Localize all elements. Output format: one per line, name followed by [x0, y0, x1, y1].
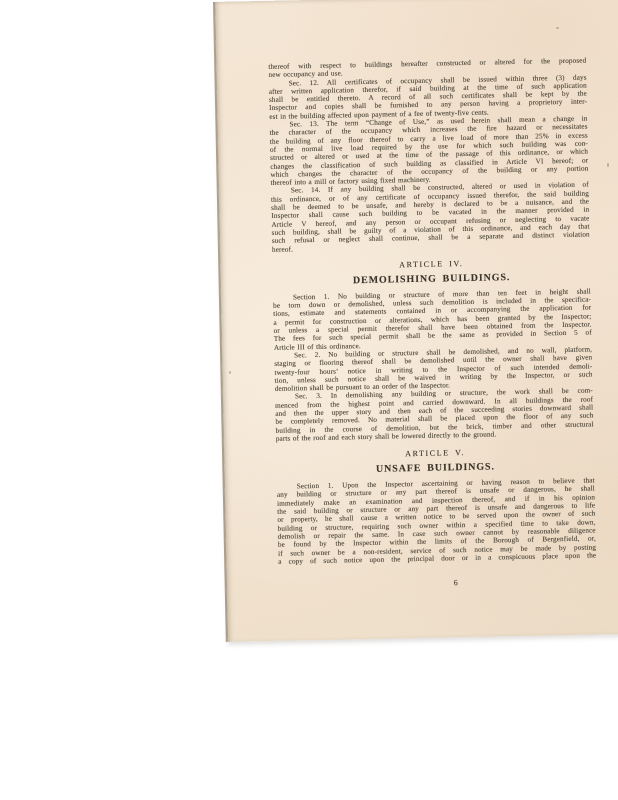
ordinance-text: thereof with respect to buildings hereaf… — [268, 57, 596, 566]
sec-12-paragraph: Sec. 12. All certificates of occupancy s… — [269, 73, 588, 121]
art5-section-1-paragraph: Section 1. Upon the Inspector ascertaini… — [277, 477, 597, 566]
scanned-page: thereof with respect to buildings hereaf… — [213, 0, 618, 642]
sec-13-paragraph: Sec. 13. The term “Change of Use,” as us… — [269, 115, 588, 188]
page-number: 6 — [279, 576, 597, 591]
art4-section-1-paragraph: Section 1. No building or structure of m… — [273, 287, 592, 351]
scanner-background: { "colors": { "paper": "#f4e6d4", "ink":… — [0, 0, 618, 800]
text-block: thereof with respect to buildings hereaf… — [268, 57, 597, 591]
scan-speck — [607, 163, 609, 167]
unsafe-buildings-heading: UNSAFE BUILDINGS. — [276, 459, 594, 478]
scan-speck — [556, 27, 559, 29]
sec-14-paragraph: Sec. 14. If any building shall be constr… — [271, 181, 590, 254]
sec-3-paragraph: Sec. 3. In demolishing any building or s… — [275, 387, 594, 443]
demolishing-buildings-heading: DEMOLISHING BUILDINGS. — [273, 269, 591, 288]
scan-speck — [229, 371, 231, 374]
sec-2-paragraph: Sec. 2. No building or structure shall b… — [274, 345, 593, 393]
